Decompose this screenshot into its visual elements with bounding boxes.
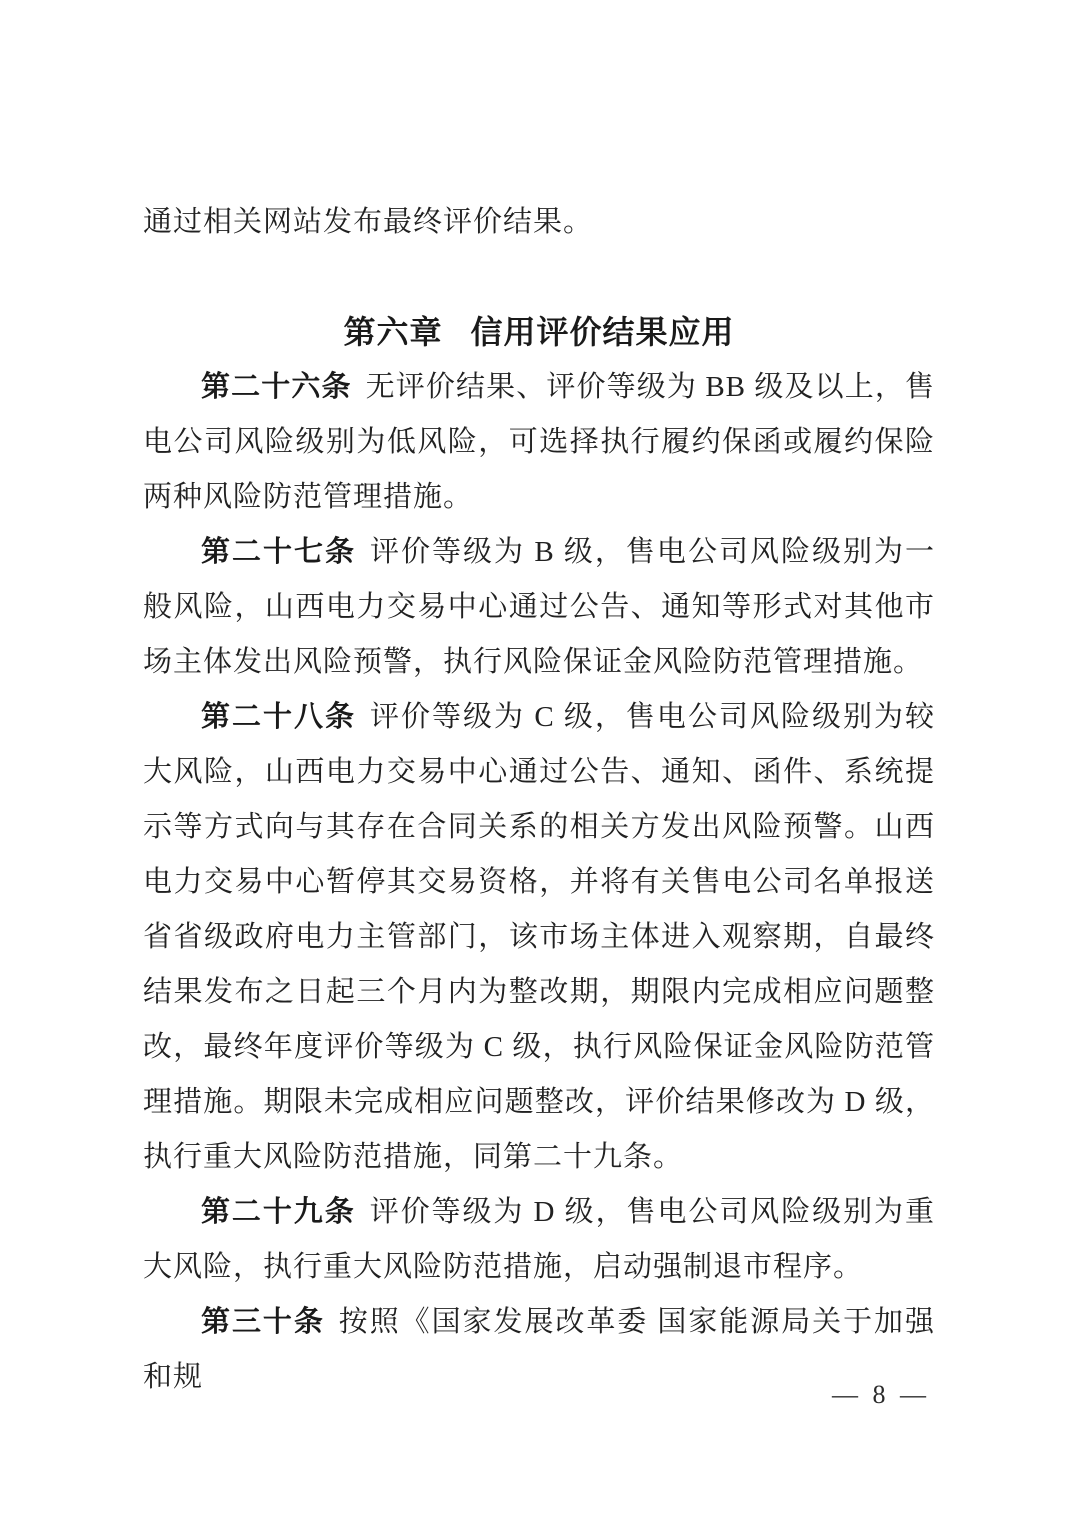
article-26-label: 第二十六条 [201, 371, 352, 403]
article-30-label: 第三十条 [201, 1306, 325, 1338]
page-number: — 8 — [832, 1380, 930, 1410]
article-29: 第二十九条评价等级为 D 级，售电公司风险级别为重大风险，执行重大风险防范措施，… [143, 1185, 935, 1295]
article-27: 第二十七条评价等级为 B 级，售电公司风险级别为一般风险，山西电力交易中心通过公… [143, 525, 935, 690]
article-28: 第二十八条评价等级为 C 级，售电公司风险级别为较大风险，山西电力交易中心通过公… [143, 690, 935, 1185]
chapter-heading: 第六章信用评价结果应用 [143, 305, 935, 360]
article-28-label: 第二十八条 [201, 701, 356, 733]
article-30: 第三十条按照《国家发展改革委 国家能源局关于加强和规 [143, 1295, 935, 1405]
chapter-number: 第六章 [343, 314, 442, 350]
article-27-label: 第二十七条 [201, 536, 356, 568]
article-28-text: 评价等级为 C 级，售电公司风险级别为较大风险，山西电力交易中心通过公告、通知、… [143, 701, 935, 1173]
document-page: 通过相关网站发布最终评价结果。 第六章信用评价结果应用 第二十六条无评价结果、评… [0, 0, 1080, 1528]
article-29-label: 第二十九条 [201, 1196, 356, 1228]
continued-paragraph: 通过相关网站发布最终评价结果。 [143, 195, 935, 250]
chapter-title: 信用评价结果应用 [471, 314, 735, 350]
article-26: 第二十六条无评价结果、评价等级为 BB 级及以上，售电公司风险级别为低风险，可选… [143, 360, 935, 525]
page-content: 通过相关网站发布最终评价结果。 第六章信用评价结果应用 第二十六条无评价结果、评… [143, 0, 935, 1405]
